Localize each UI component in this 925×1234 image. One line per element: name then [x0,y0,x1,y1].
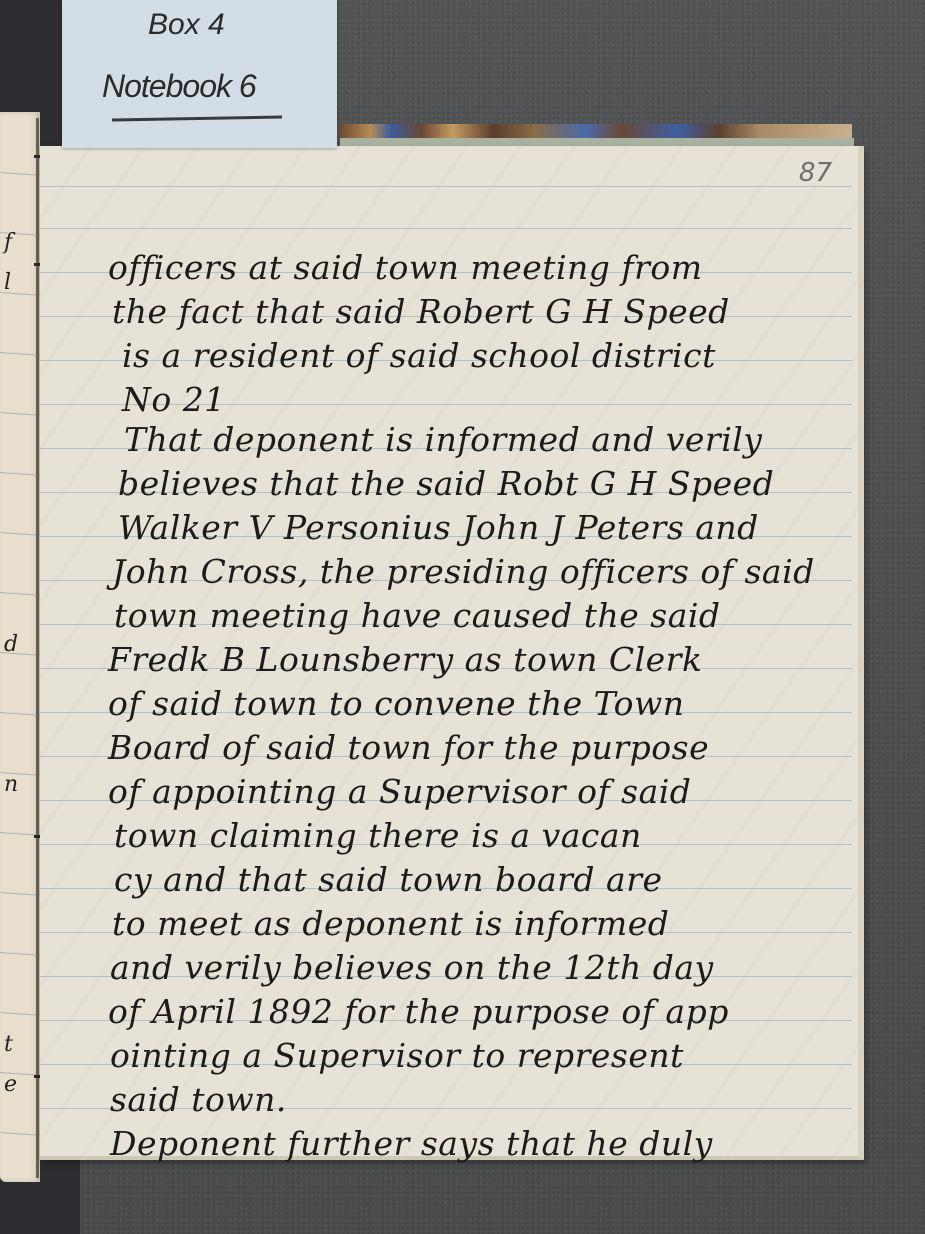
archive-label: Box 4 Notebook 6 [62,0,337,148]
page-number: 87 [799,158,832,188]
handwritten-line: John Cross, the presiding officers of sa… [112,552,815,591]
page-gutter [36,118,39,1178]
handwritten-line: Deponent further says that he duly [110,1124,713,1163]
handwriting-fragment: t [4,1032,13,1057]
ruled-line [40,228,852,229]
handwritten-line: is a resident of said school district [122,336,716,375]
ruled-line [0,532,40,536]
handwritten-line: and verily believes on the 12th day [110,948,714,987]
previous-page-edge: f l d n t e [0,112,40,1182]
ruled-line [0,172,40,176]
handwritten-line: That deponent is informed and verily [124,420,762,459]
handwritten-line: of said town to convene the Town [108,684,684,723]
handwriting-fragment: f [4,230,12,255]
handwriting-fragment: n [4,772,18,797]
ruled-line [0,352,40,356]
ruled-line [40,186,852,187]
ruled-line [0,1012,40,1016]
handwritten-line: of April 1892 for the purpose of app [108,992,729,1031]
ruled-line [0,712,40,716]
handwritten-line: Fredk B Lounsberry as town Clerk [108,640,702,679]
ruled-line [0,952,40,956]
ruled-line [0,592,40,596]
handwritten-line: said town. [110,1080,287,1119]
ruled-line [0,892,40,896]
ruled-line [0,1132,40,1136]
handwritten-line: town meeting have caused the said [114,596,721,635]
handwriting-fragment: d [4,632,18,657]
ruled-line [0,412,40,416]
underline [112,116,282,122]
handwritten-line: Walker V Personius John J Peters and [118,508,759,547]
handwritten-line: No 21 [122,380,226,419]
handwriting-fragment: e [4,1072,17,1097]
handwritten-line: believes that the said Robt G H Speed [118,464,774,503]
handwritten-line: ointing a Supervisor to represent [110,1036,684,1075]
box-number: Box 4 [148,8,225,42]
ruled-line [0,472,40,476]
handwriting-fragment: l [4,270,11,295]
handwritten-line: the fact that said Robert G H Speed [112,292,730,331]
handwritten-line: town claiming there is a vacan [114,816,642,855]
notebook-page: 87 officers at said town meeting from th… [40,146,864,1160]
handwritten-line: to meet as deponent is informed [112,904,669,943]
handwritten-line: Board of said town for the purpose [108,728,709,767]
notebook-number: Notebook 6 [102,68,256,105]
handwritten-line: officers at said town meeting from [108,248,703,287]
handwritten-line: cy and that said town board are [114,860,663,899]
handwritten-line: of appointing a Supervisor of said [108,772,691,811]
